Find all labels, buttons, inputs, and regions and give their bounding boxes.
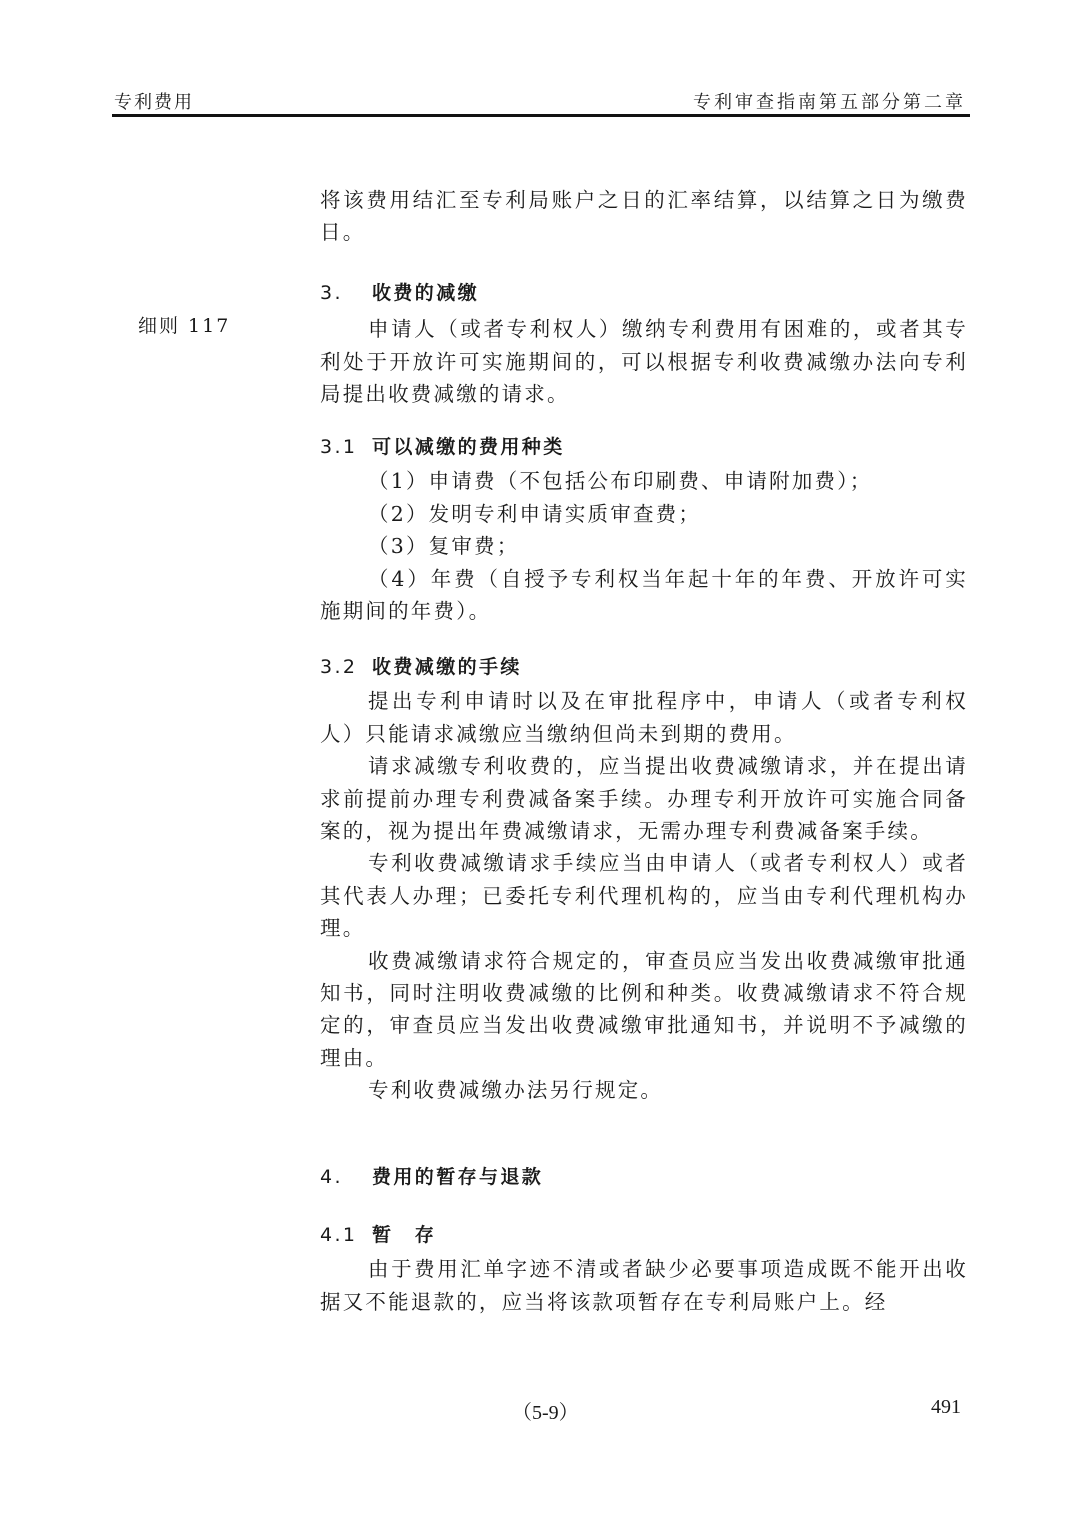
section-heading: 4.1暂 存 <box>320 1219 968 1251</box>
section-heading: 3.收费的减缴 <box>320 277 968 309</box>
section-number: 3.1 <box>320 431 372 463</box>
section-4: 4.费用的暂存与退款 <box>320 1161 968 1193</box>
section-heading: 3.1可以减缴的费用种类 <box>320 431 968 463</box>
section-3: 3.收费的减缴 申请人（或者专利权人）缴纳专利费用有困难的，或者其专利处于开放许… <box>320 277 968 411</box>
section-number: 4. <box>320 1161 372 1193</box>
list-item: （3）复审费； <box>320 530 968 562</box>
intro-paragraph: 将该费用结汇至专利局账户之日的汇率结算，以结算之日为缴费日。 <box>320 184 968 249</box>
section-title: 费用的暂存与退款 <box>372 1166 543 1188</box>
footer-section-code: （5-9） <box>512 1396 579 1425</box>
header-book-title: 专利审查指南第五部分第二章 <box>693 88 966 114</box>
intro-block: 将该费用结汇至专利局账户之日的汇率结算，以结算之日为缴费日。 <box>320 184 968 249</box>
section-title: 收费的减缴 <box>372 282 479 304</box>
section-number: 3.2 <box>320 651 372 683</box>
section-heading: 4.费用的暂存与退款 <box>320 1161 968 1193</box>
section-title: 暂 存 <box>372 1224 436 1246</box>
section-title: 收费减缴的手续 <box>372 656 522 678</box>
section-title: 可以减缴的费用种类 <box>372 436 565 458</box>
section-paragraph: 专利收费减缴办法另行规定。 <box>320 1074 968 1106</box>
section-3-2: 3.2收费减缴的手续 提出专利申请时以及在审批程序中，申请人（或者专利权人）只能… <box>320 651 968 1107</box>
page-number: 491 <box>931 1396 961 1419</box>
running-header: 专利费用 专利审查指南第五部分第二章 <box>112 86 970 117</box>
list-item: （1）申请费（不包括公布印刷费、申请附加费）； <box>320 465 968 497</box>
section-number: 4.1 <box>320 1219 372 1251</box>
section-paragraph: 专利收费减缴请求手续应当由申请人（或者专利权人）或者其代表人办理；已委托专利代理… <box>320 847 968 944</box>
section-number: 3. <box>320 277 372 309</box>
section-heading: 3.2收费减缴的手续 <box>320 651 968 683</box>
section-paragraph: 由于费用汇单字迹不清或者缺少必要事项造成既不能开出收据又不能退款的，应当将该款项… <box>320 1253 968 1318</box>
section-paragraph: 申请人（或者专利权人）缴纳专利费用有困难的，或者其专利处于开放许可实施期间的，可… <box>320 313 968 410</box>
section-paragraph: 提出专利申请时以及在审批程序中，申请人（或者专利权人）只能请求减缴应当缴纳但尚未… <box>320 685 968 750</box>
header-chapter-title: 专利费用 <box>114 88 194 114</box>
section-3-1: 3.1可以减缴的费用种类 （1）申请费（不包括公布印刷费、申请附加费）； （2）… <box>320 431 968 627</box>
list-item: （2）发明专利申请实质审查费； <box>320 498 968 530</box>
margin-note-rule-reference: 细则 117 <box>138 311 230 338</box>
section-paragraph: 请求减缴专利收费的，应当提出收费减缴请求，并在提出请求前提前办理专利费减备案手续… <box>320 750 968 847</box>
section-4-1: 4.1暂 存 由于费用汇单字迹不清或者缺少必要事项造成既不能开出收据又不能退款的… <box>320 1219 968 1318</box>
section-paragraph: 收费减缴请求符合规定的，审查员应当发出收费减缴审批通知书，同时注明收费减缴的比例… <box>320 945 968 1075</box>
list-item: （4）年费（自授予专利权当年起十年的年费、开放许可实施期间的年费）。 <box>320 563 968 628</box>
